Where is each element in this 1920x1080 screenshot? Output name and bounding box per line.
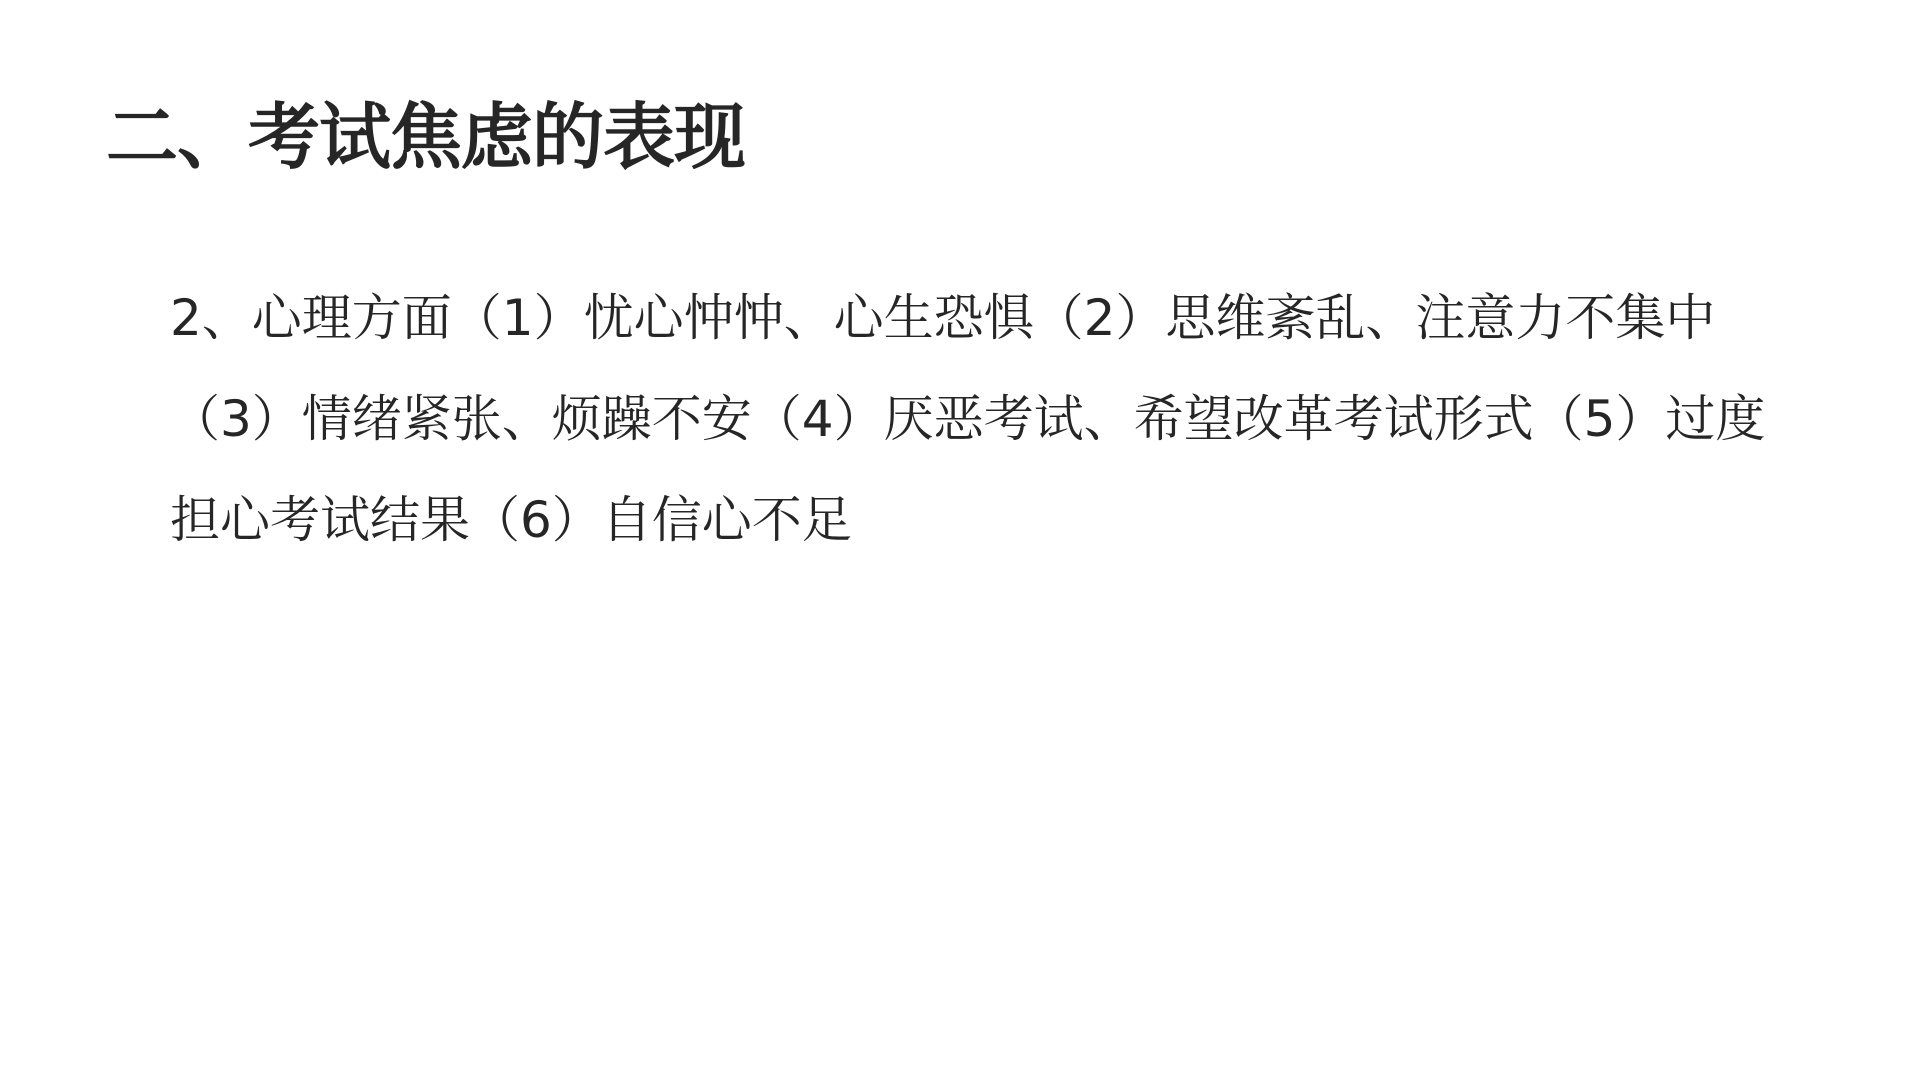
slide-body-text: 2、心理方面（1）忧心忡忡、心生恐惧（2）思维紊乱、注意力不集中（3）情绪紧张、… [170, 268, 1770, 571]
slide-title: 二、考试焦虑的表现 [106, 92, 745, 182]
